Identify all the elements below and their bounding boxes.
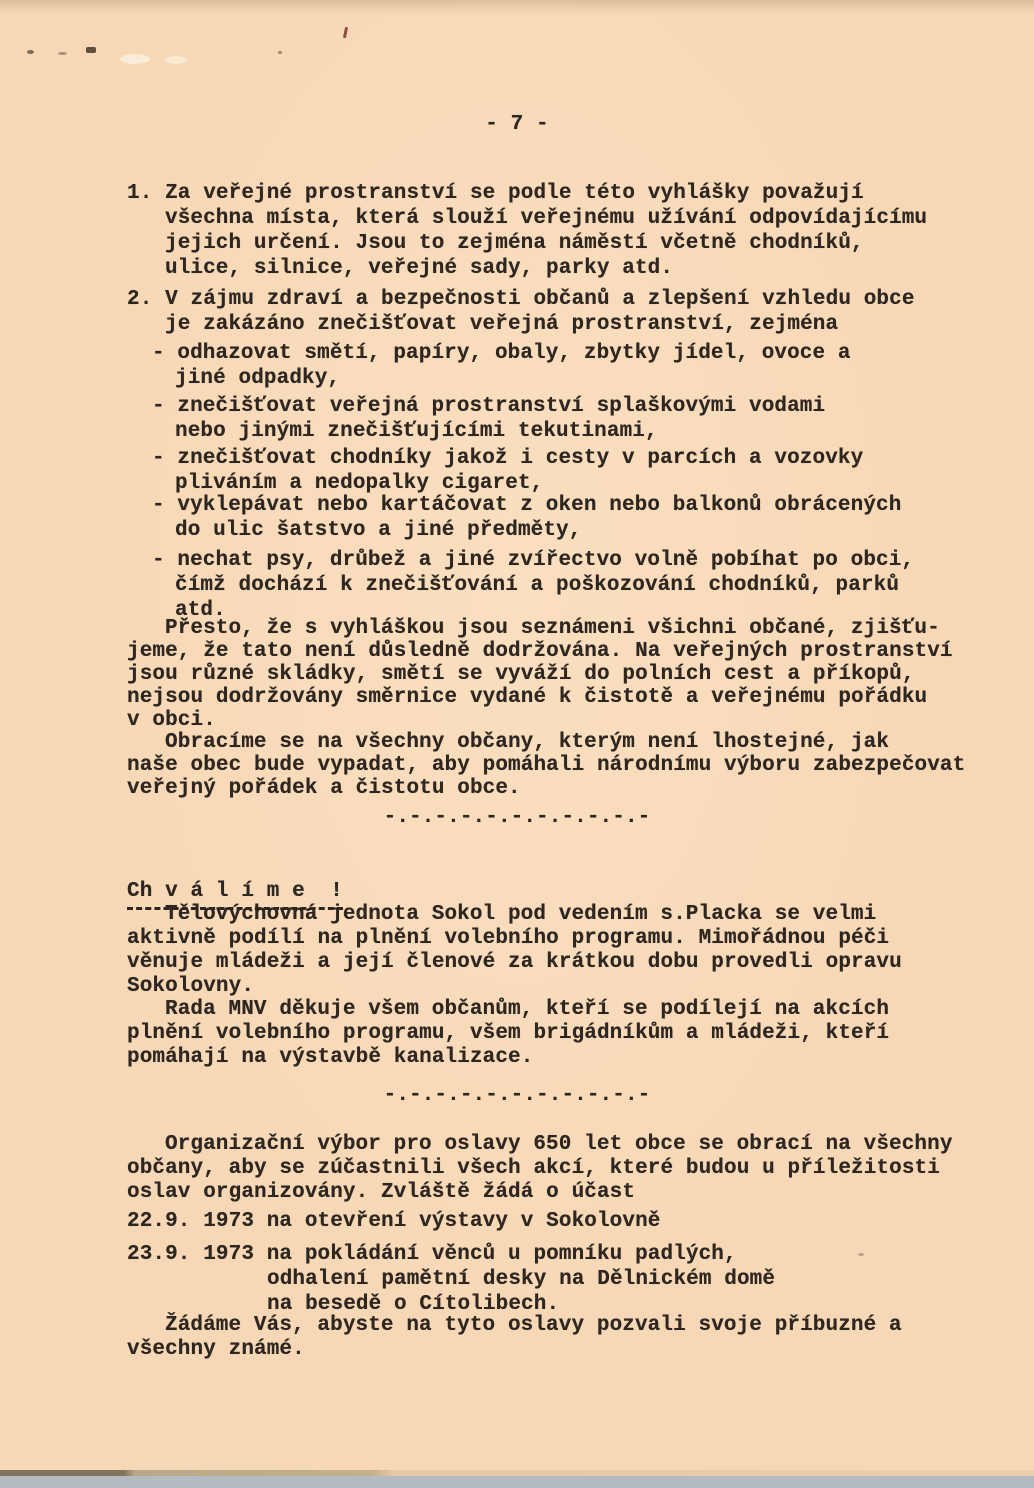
section-divider: -.-.-.-.-.-.-.-.-.-.- (0, 1083, 1034, 1108)
event-date-1: 22.9. 1973 na otevření výstavy v Sokolov… (127, 1209, 1007, 1234)
rule-bullet-windows: - vyklepávat nebo kartáčovat z oken nebo… (152, 493, 1034, 543)
rule-bullet-sidewalks: - znečišťovat chodníky jakož i cesty v p… (152, 446, 1034, 496)
paragraph-invitation: Žádáme Vás, abyste na tyto oslavy pozval… (127, 1314, 1007, 1362)
paper-speck (58, 52, 67, 55)
page-number: - 7 - (0, 112, 1034, 137)
ordinance-item-1: 1. Za veřejné prostranství se podle této… (127, 181, 1034, 281)
paper-speck (27, 50, 34, 54)
paper-speck (343, 27, 348, 38)
rule-bullet-animals: - nechat psy, drůbež a jiné zvířectvo vo… (152, 548, 1034, 623)
section-heading-chvalime: Ch v á l í m e ! (127, 856, 343, 910)
paper-speck (86, 47, 96, 53)
scanner-edge-strip (0, 1476, 1034, 1488)
paper-speck (278, 51, 282, 54)
paragraph-compliance: Přesto, že s vyhláškou jsou seznámeni vš… (127, 617, 1007, 732)
paper-speck (120, 54, 150, 64)
section-divider: -.-.-.-.-.-.-.-.-.-.- (0, 805, 1034, 830)
paper-speck (165, 56, 187, 64)
paragraph-oslavy: Organizační výbor pro oslavy 650 let obc… (127, 1133, 1007, 1205)
paper-top-edge (0, 0, 1034, 16)
paragraph-rada-mnv: Rada MNV děkuje všem občanům, kteří se p… (127, 998, 1007, 1070)
rule-bullet-littering: - odhazovat smětí, papíry, obaly, zbytky… (152, 341, 1034, 391)
event-date-2: 23.9. 1973 na pokládání věnců u pomníku … (127, 1242, 1034, 1317)
paragraph-sokol: Tělovýchovná jednota Sokol pod vedením s… (127, 903, 1007, 999)
paragraph-appeal: Obracíme se na všechny občany, kterým ne… (127, 731, 1007, 800)
rule-bullet-wastewater: - znečišťovat veřejná prostranství splaš… (152, 394, 1034, 444)
ordinance-item-2: 2. V zájmu zdraví a bezpečnosti občanů a… (127, 287, 1034, 337)
document-page: - 7 - 1. Za veřejné prostranství se podl… (0, 0, 1034, 1488)
